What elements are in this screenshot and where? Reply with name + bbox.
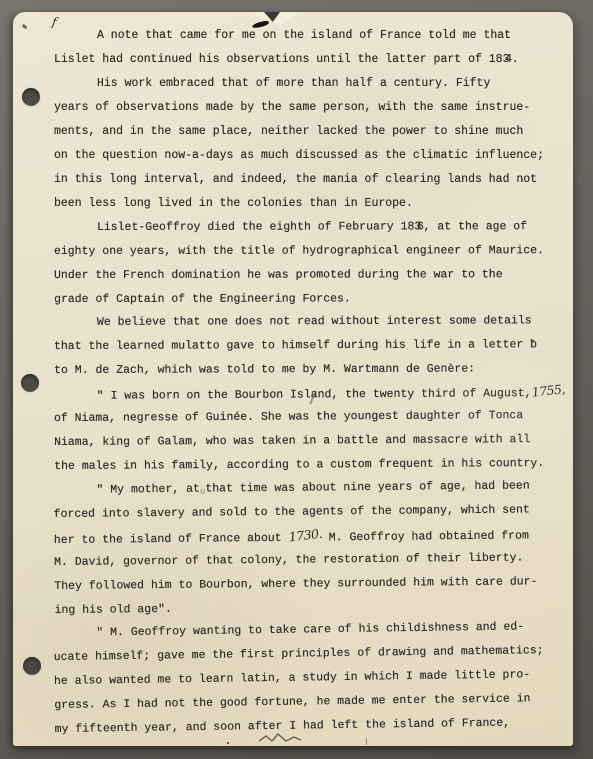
text-segment: forced into slavery and sold to the agen… [54,503,530,521]
text-segment: M. Geoffroy had obtained from [322,529,529,544]
text-line: A note that came for me on the island of… [54,24,556,48]
typewritten-text: A note that came for me on the island of… [54,24,556,742]
text-segment: grade of Captain of the Engineering Forc… [54,292,351,306]
text-line: Niama, king of Galam, who was taken in a… [54,428,556,455]
text-segment: Lislet had continued his observations un… [54,53,503,66]
handwritten-year: 1755, [530,377,566,404]
text-segment: 36 [414,220,423,233]
text-segment: ucate himself; gave me the first princip… [54,645,544,665]
paper-sheet: f A note that came for me on the island … [13,12,573,746]
text-segment: her to the island of France about [54,531,289,546]
text-segment: Niama, king of Galam, who was taken in a… [54,433,530,449]
pencil-squiggle-mark [259,732,303,744]
punch-hole-bottom [23,657,41,675]
text-line: of Niama, negresse of Guinée. She was th… [54,404,556,431]
text-segment: he also wanted me to learn latin, a stud… [54,669,530,689]
text-line: They followed him to Bourbon, where they… [54,570,556,599]
paragraph: We believe that one does not read withou… [54,309,556,383]
text-line: on the question now-a-days as much discu… [54,144,556,168]
text-line: ments, and in the same place, neither la… [54,120,556,144]
text-segment: We believe that one does not read withou… [97,315,532,330]
paragraph: Lislet-Geoffroy died the eighth of Febru… [54,215,556,312]
text-segment: that time was about nine years of age, h… [205,479,529,495]
text-segment: of Niama, negresse of Guinée. She was th… [54,409,523,425]
pencil-dot-mark [22,24,28,30]
text-line: Lislet-Geoffroy died the eighth of Febru… [54,215,556,240]
paragraph: His work embraced that of more than half… [54,72,556,216]
text-segment: M. David, governor of that colony, the r… [54,551,523,569]
text-segment: They followed him to Bourbon, where they… [54,575,537,593]
text-segment: on the question now-a-days as much discu… [54,149,544,162]
text-segment: eighty one years, with the title of hydr… [54,244,544,258]
paragraph: " I was born on the Bourbon Island, the … [54,380,557,479]
text-segment: been less long lived in the colonies tha… [54,197,413,210]
text-line: in this long interval, and indeed, the m… [54,168,556,192]
text-segment: u [200,486,206,496]
text-segment: that the learned mulatto gave to himself… [54,339,537,354]
text-segment: , at the age of [424,220,528,233]
text-segment: His work embraced that of more than half… [97,77,490,90]
text-segment: A note that came for me on the island of… [97,29,511,42]
text-segment: " My mother, at [96,482,200,496]
punch-hole-top [22,88,40,106]
dust-speck [366,738,367,745]
punch-hole-middle [21,374,39,392]
text-line: been less long lived in the colonies tha… [54,192,556,216]
text-segment: Lislet-Geoffroy died the eighth of Febru… [97,220,414,234]
text-line: grade of Captain of the Engineering Forc… [54,286,556,311]
text-line: Under the French domination he was promo… [54,262,556,287]
text-segment: . [512,53,519,66]
text-segment: ments, and in the same place, neither la… [54,125,523,138]
text-line: years of observations made by the same p… [54,96,556,120]
paragraph: A note that came for me on the island of… [54,24,556,72]
text-segment: to M. de Zach, which was told to me by M… [54,363,475,377]
text-segment: gress. As I had not the good fortune, he… [54,693,530,713]
text-segment: 34 [503,53,512,66]
text-line: eighty one years, with the title of hydr… [54,239,556,264]
text-segment: in this long interval, and indeed, the m… [54,173,537,186]
text-segment: years of observations made by the same p… [54,101,530,114]
dust-speck [227,742,229,744]
paragraph: " My mother, atuthat time was about nine… [53,474,556,622]
text-segment: Under the French domination he was promo… [54,268,503,282]
text-segment: ing his old age". [55,602,172,616]
text-line: His work embraced that of more than half… [54,72,556,96]
handwritten-year: 1730. [287,521,323,549]
text-line: " I was born on the Bourbon Island, the … [54,380,556,407]
text-line: to M. de Zach, which was told to me by M… [54,357,556,383]
text-segment: " M. Geoffroy wanting to take care of hi… [96,621,524,640]
text-line: Lislet had continued his observations un… [54,48,556,72]
text-segment: the males in his family, according to a … [54,457,544,473]
text-line: that the learned mulatto gave to himself… [54,333,556,359]
paragraph: " M. Geoffroy wanting to take care of hi… [53,615,557,742]
text-line: We believe that one does not read withou… [54,309,556,335]
